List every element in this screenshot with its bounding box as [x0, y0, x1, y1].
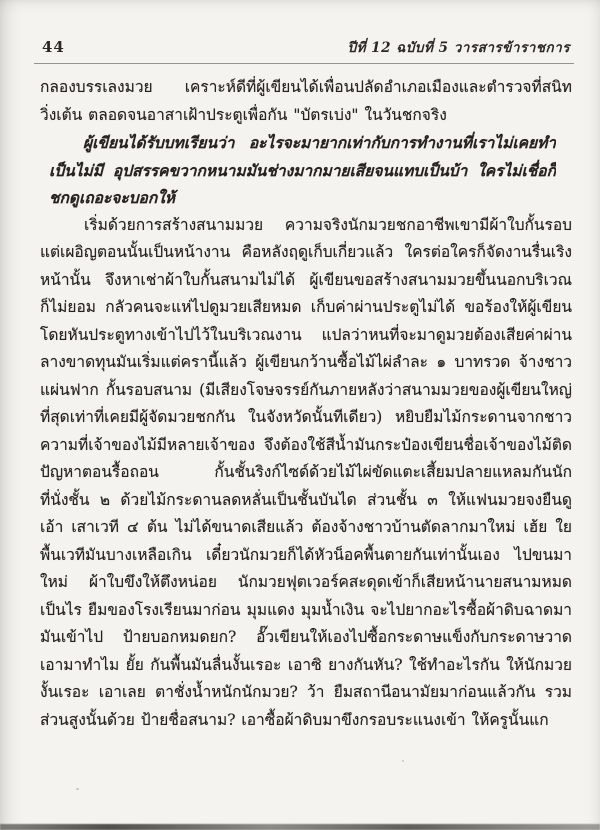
text-line: ลางขาดทุนมันเริ่มแต่ครานี้แล้ว ผู้เขียนก… — [40, 349, 572, 377]
text-line: พื้นเวทีมันบางเหลือเกิน เดี๋ยวนักมวยก็ได… — [40, 542, 572, 570]
document-page: 44 ปีที่ 12 ฉบับที่ 5 วารสารข้าราชการ กล… — [0, 0, 600, 830]
text-line: หน้านั้น จึงหาเช่าผ้าใบกั้นสนามไม่ได้ ผู… — [40, 267, 572, 295]
article-body: กลองบรรเลงมวย เคราะห์ดีที่ผู้เขียนได้เพื… — [40, 74, 572, 734]
text-line: เริ่มด้วยการสร้างสนามมวย ความจริงนักมวยช… — [40, 212, 572, 240]
text-line: วิ่งเต้น ตลอดจนอาสาเฝ้าประตูเพื่อกัน "บั… — [40, 102, 572, 130]
text-line: เอ้า เสาเวที ๔ ต้น ไม่ได้ขนาดเสียแล้ว ต้… — [40, 514, 572, 542]
text-line: ชกดูเถอะจะบอกให้ — [49, 184, 556, 212]
text-line: ที่นั่งชั้น ๒ ด้วยไม้กระดานลดหลั่นเป็นชั… — [40, 487, 572, 515]
scan-speck-artifact — [76, 788, 79, 790]
text-line: แผ่นฟาก กั้นรอบสนาม (มีเสียงโจษจรรย์กันภ… — [40, 377, 572, 405]
paragraph-1: กลองบรรเลงมวย เคราะห์ดีที่ผู้เขียนได้เพื… — [40, 74, 572, 129]
scan-edge-artifact — [0, 824, 600, 830]
paragraph-3: เริ่มด้วยการสร้างสนามมวย ความจริงนักมวยช… — [40, 212, 572, 735]
journal-issue-info: ปีที่ 12 ฉบับที่ 5 วารสารข้าราชการ — [348, 36, 570, 58]
text-line: เป็นไม่มี อุปสรรคขวากหนามมันช่างมากมายเส… — [49, 157, 556, 185]
text-line: ปัญหาตอนรื้อถอน กั้นชั้นริงก์ไซด์ด้วยไม้… — [40, 459, 572, 487]
scan-speck-artifact — [402, 760, 404, 762]
page-header: 44 ปีที่ 12 ฉบับที่ 5 วารสารข้าราชการ — [42, 36, 570, 58]
text-line: แต่เผอิญตอนนั้นเป็นหน้างาน คือหลังฤดูเก็… — [40, 239, 572, 267]
header-rule — [34, 63, 574, 64]
text-line: ความที่เจ้าของไม้มีหลายเจ้าของ จึงต้องใช… — [40, 432, 572, 460]
text-line: ก็ไม่ยอม กลัวคนจะแห่ไปดูมวยเสียหมด เก็บค… — [40, 294, 572, 322]
text-line: ส่วนสูงนั้นด้วย ป้ายชื่อสนาม? เอาซื้อผ้า… — [40, 707, 572, 735]
text-line: ผู้เขียนได้รับบทเรียนว่า อะไรจะมายากเท่า… — [49, 129, 556, 157]
text-line: กลองบรรเลงมวย เคราะห์ดีที่ผู้เขียนได้เพื… — [40, 74, 572, 102]
text-line: โดยหันประตูทางเข้าไปไว้ในบริเวณงาน แปลว่… — [40, 322, 572, 350]
text-line: งั้นเรอะ เอาเลย ตาชั่งน้ำหนักนักมวย? ว้า… — [40, 679, 572, 707]
text-line: เอามาทำไม ยั้ย กันพื้นมันลื่นงั้นเรอะ เอ… — [40, 652, 572, 680]
text-line: ที่สุดเท่าที่เคยมีผู้จัดมวยชกกัน ในจังหว… — [40, 404, 572, 432]
text-line: เป็นไร ยืมของโรงเรียนมาก่อน มุมแดง มุมน้… — [40, 597, 572, 625]
text-line: ใหม่ ผ้าใบขึงให้ตึงหน่อย นักมวยฟุตเวอร์ค… — [40, 569, 572, 597]
paragraph-2: ผู้เขียนได้รับบทเรียนว่า อะไรจะมายากเท่า… — [40, 129, 572, 212]
text-line: มันเข้าไป ป้ายบอกหมดยก? อั๊วเขียนให้เองไ… — [40, 624, 572, 652]
page-number: 44 — [42, 38, 65, 56]
